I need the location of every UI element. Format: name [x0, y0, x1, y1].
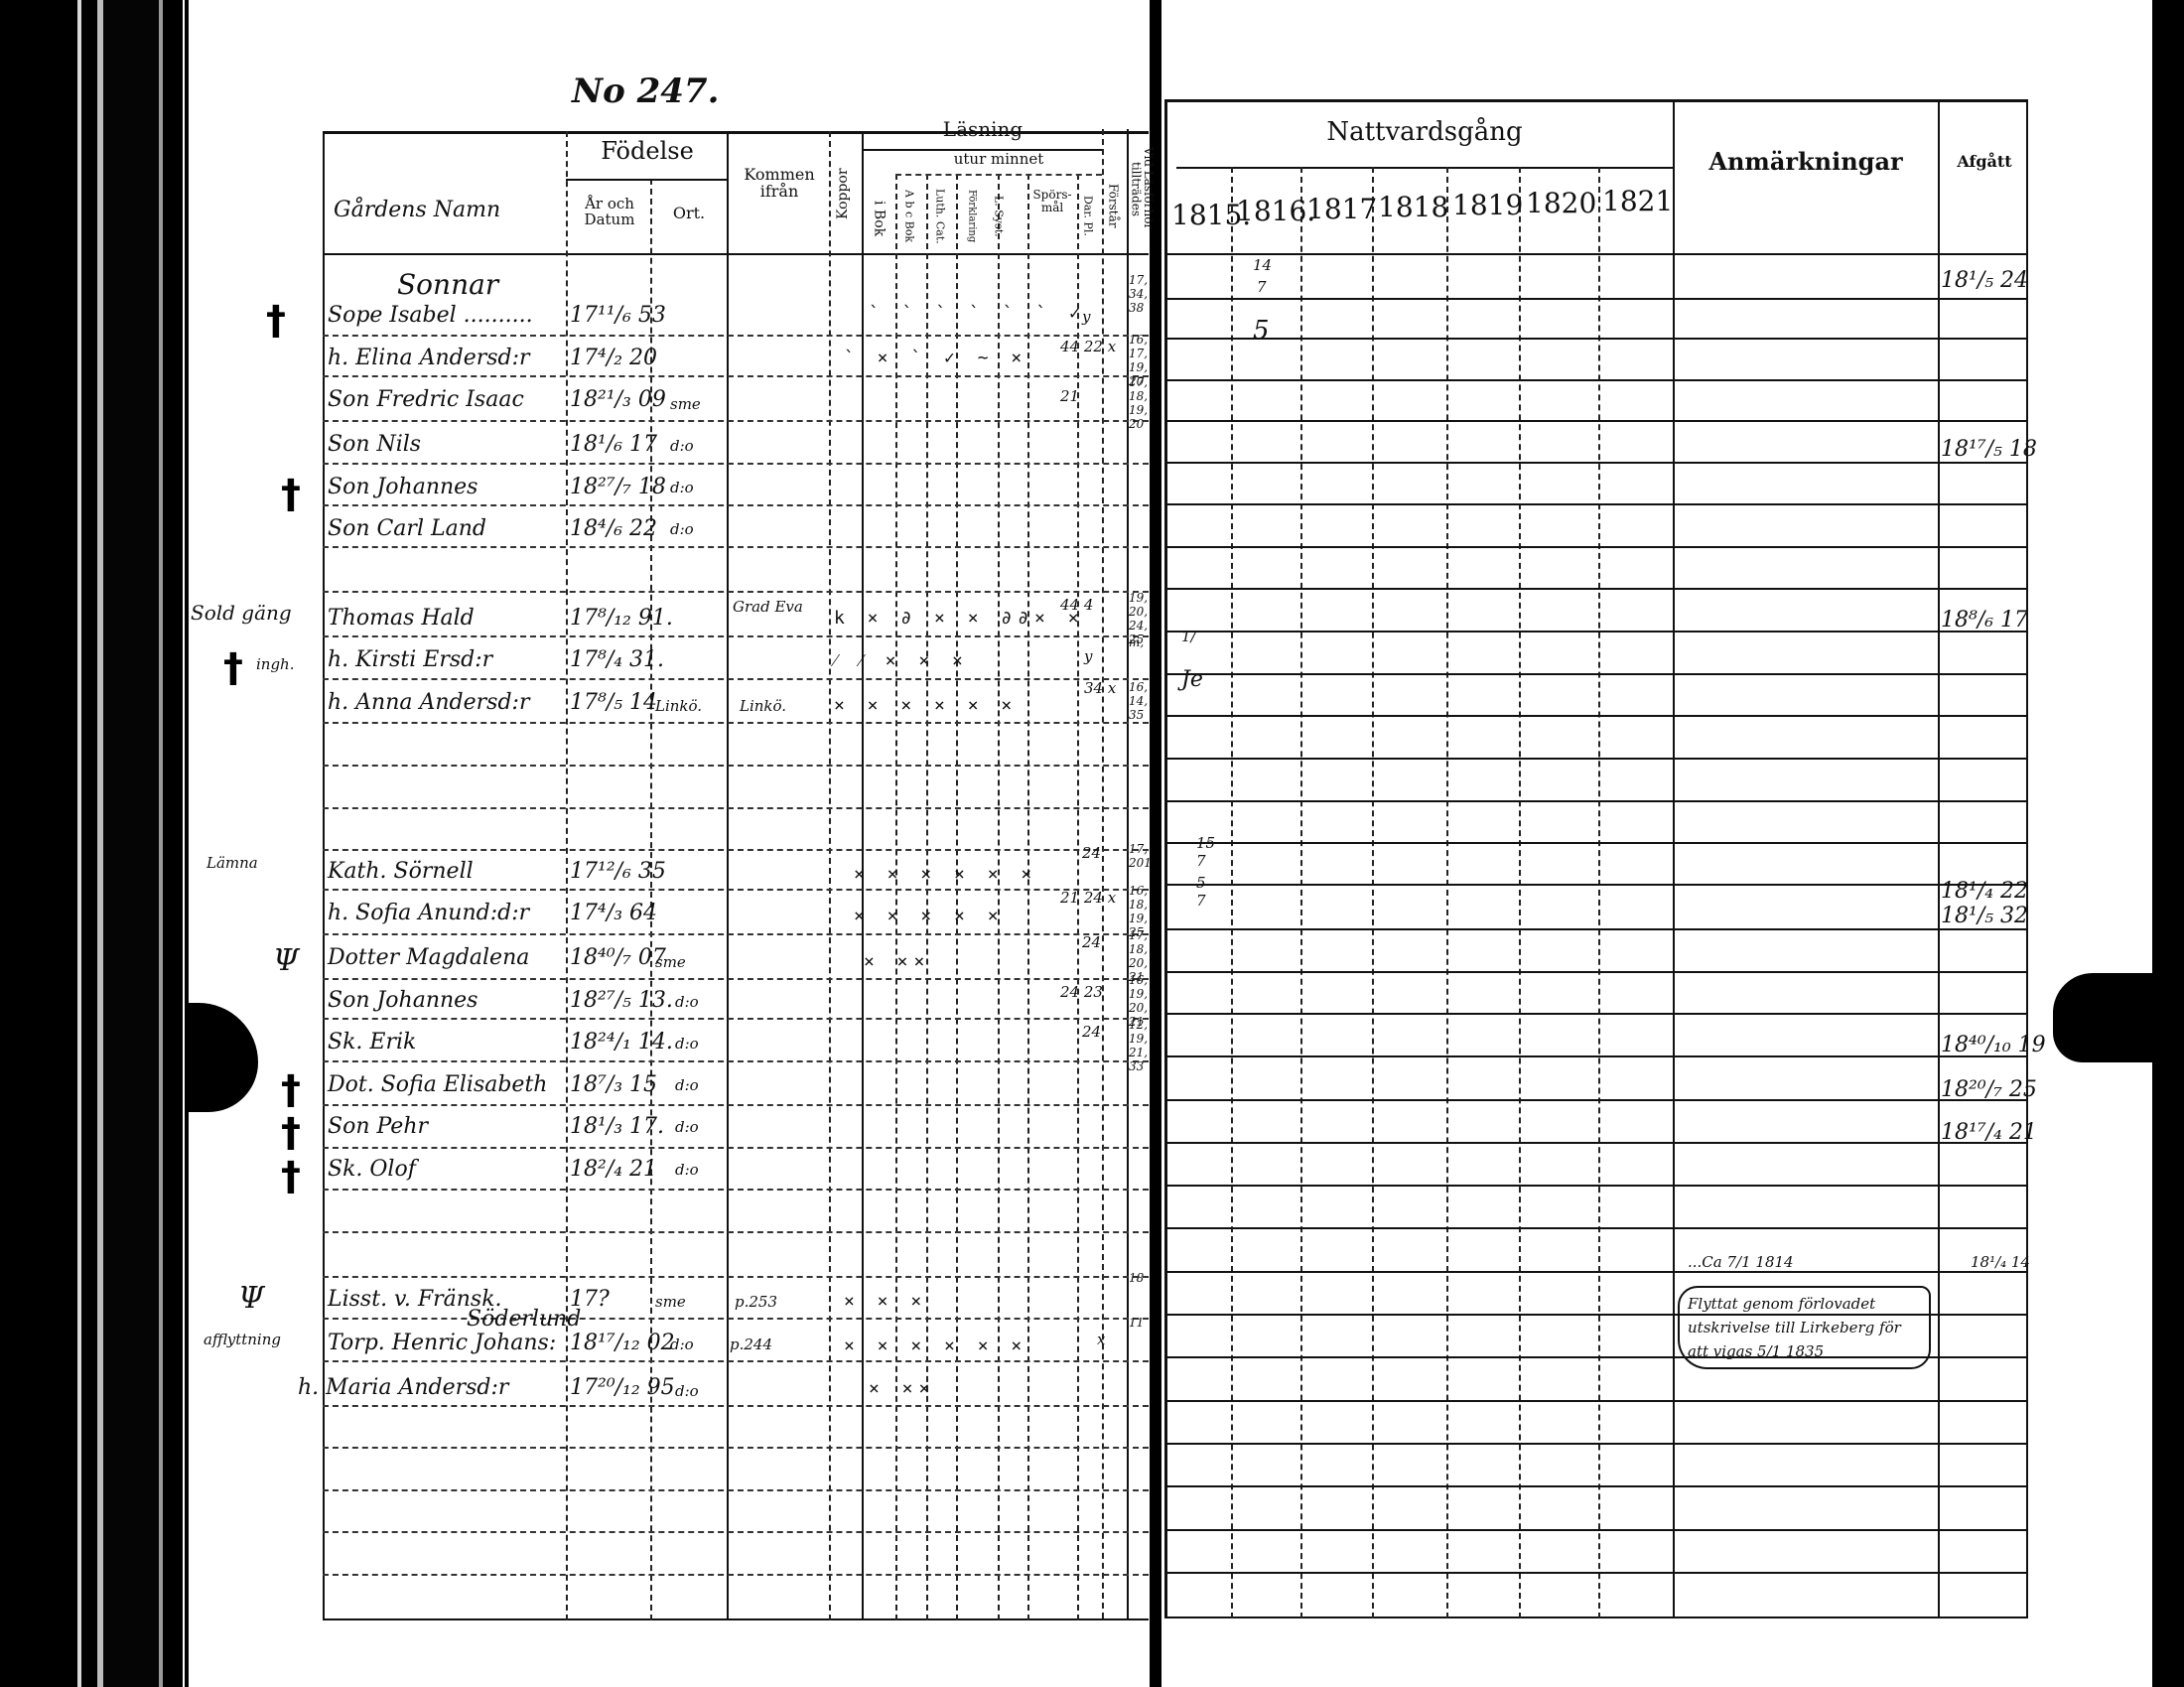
header-divider — [323, 253, 1149, 255]
entry-name: Son Pehr — [328, 1114, 428, 1139]
entry-birth-date: 17⁴/₂ 20 — [570, 346, 657, 370]
row-line — [323, 375, 1149, 377]
row-line — [323, 849, 1149, 851]
entry-notes: y — [1082, 308, 1090, 326]
deceased-cross-icon: † — [281, 1067, 301, 1113]
entry-birth-place: sme — [655, 1293, 686, 1311]
reading-marks: × × × × × × — [844, 1336, 1027, 1356]
row-line — [323, 1189, 1149, 1191]
row-line — [1164, 1572, 2028, 1574]
entry-name: h. Anna Andersd:r — [328, 690, 529, 715]
row-line — [1164, 1185, 2028, 1187]
header-kommen-ifran: Kommen ifrån — [730, 167, 829, 201]
entry-name: Sk. Olof — [328, 1157, 416, 1182]
row-line — [323, 1447, 1149, 1449]
deceased-cross-icon: † — [281, 472, 301, 517]
row-line — [1164, 588, 2028, 590]
forhor-years: 18 — [1129, 1271, 1144, 1285]
row-line — [323, 463, 1149, 465]
afgatt-date: 18¹/₅ 24 — [1941, 268, 2028, 293]
row-line — [323, 335, 1149, 337]
entry-kommen-ifran: Grad Eva — [733, 598, 803, 616]
row-line — [323, 807, 1149, 809]
entry-birth-date: 18²⁷/₇ 18 — [570, 475, 666, 499]
forhor-years: 17, 18, 19, 20 — [1129, 375, 1149, 431]
entry-name: Kath. Sörnell — [328, 859, 474, 884]
header-sporsmal: Spörs- mål — [1028, 189, 1076, 213]
row-line — [1164, 462, 2028, 464]
entry-name: Lisst. v. Fränsk. — [328, 1287, 502, 1312]
entry-birth-date: 17⁸/₅ 14 — [570, 690, 657, 715]
nattvard-entry: 1/ — [1181, 628, 1196, 645]
nattvard-entry: Je — [1181, 667, 1203, 692]
row-line — [323, 1018, 1149, 1020]
row-line — [1164, 1271, 2028, 1273]
deceased-cross-icon: † — [223, 645, 243, 691]
row-line — [323, 1147, 1149, 1149]
reading-marks: × × × × × × — [834, 695, 1018, 716]
utur-minnet-subdivider — [895, 174, 1102, 176]
reading-marks: × × × × × — [854, 906, 1005, 926]
row-line — [323, 765, 1149, 767]
entry-name: Sk. Erik — [328, 1030, 416, 1054]
row-line — [1164, 1099, 2028, 1101]
row-line — [1164, 842, 2028, 844]
row-line — [323, 591, 1149, 593]
entry-birth-date: 17¹¹/₆ 53 — [570, 303, 666, 328]
entry-notes: 44 4 — [1060, 596, 1093, 614]
reading-marks: × × × × × × — [854, 864, 1037, 885]
entry-notes: 24 23 — [1060, 983, 1103, 1001]
row-line — [1164, 1013, 2028, 1015]
row-line — [1164, 1485, 2028, 1487]
entry-name: h. Sofia Anund:d:r — [328, 901, 529, 925]
row-line — [1164, 1055, 2028, 1057]
book-edge-right — [2152, 0, 2184, 1687]
entry-name: Son Johannes — [328, 988, 478, 1013]
header-year-1819: 1819 — [1452, 189, 1523, 221]
entry-birth-date: 17²⁰/₁₂ 95 — [570, 1375, 675, 1400]
entry-notes: 24 — [1082, 1023, 1101, 1041]
deceased-cross-icon: † — [266, 298, 286, 344]
nattvard-entry: 5 7 — [1196, 874, 1216, 910]
entry-name: Thomas Hald — [328, 606, 475, 631]
entry-name: Son Fredric Isaac — [328, 387, 524, 412]
header-nattvardsgang: Nattvardsgång — [1176, 119, 1673, 146]
deceased-cross-icon: † — [281, 1154, 301, 1199]
row-line — [323, 546, 1149, 548]
row-line — [1164, 379, 2028, 381]
entry-birth-place: d:o — [675, 993, 699, 1011]
nattvard-entry: 5 — [1253, 316, 1270, 346]
header-divider — [1164, 253, 2028, 255]
header-abc-bok: A b c Bok — [903, 184, 915, 248]
col-line — [956, 174, 958, 1620]
row-line — [323, 722, 1149, 724]
header-year-1821: 1821 — [1602, 185, 1673, 217]
col-line — [1027, 174, 1029, 1620]
entry-birth-date: 17⁸/₁₂ 91. — [570, 606, 673, 631]
col-line — [566, 131, 568, 1620]
entry-birth-place: d:o — [670, 1336, 694, 1353]
entry-birth-place: d:o — [670, 479, 694, 496]
reading-marks: × × × — [844, 1291, 927, 1312]
row-line — [323, 504, 1149, 506]
binding-clip-left — [189, 1003, 258, 1112]
entry-name: Dot. Sofia Elisabeth — [328, 1072, 547, 1097]
col-line — [895, 174, 897, 1620]
center-gutter — [1150, 0, 1161, 1687]
afgatt-date: 18¹/₄ 22 — [1941, 879, 2028, 904]
afgatt-date: 18¹/₅ 32 — [1941, 904, 2028, 928]
entry-birth-place: sme — [670, 395, 701, 413]
group-heading: Sonnar — [397, 268, 498, 301]
entry-name: Sope Isabel .......... — [328, 303, 533, 328]
entry-birth-place: d:o — [675, 1035, 699, 1053]
fodelse-subdivider — [566, 179, 727, 181]
entry-birth-place: d:o — [675, 1382, 699, 1400]
nattvard-entry: 15 7 — [1196, 834, 1216, 870]
header-lasning: Läsning — [864, 119, 1102, 140]
header-year-1816: 1816. — [1236, 195, 1315, 227]
col-line — [1938, 99, 1940, 1618]
entry-name: h. Elina Andersd:r — [328, 346, 530, 370]
afgatt-date: 18¹/₄ 14 — [1971, 1253, 2030, 1271]
entry-notes: y — [1084, 647, 1092, 665]
header-dar-pl: Dar. Pl. — [1082, 184, 1094, 248]
entry-notes: 24 — [1082, 844, 1101, 862]
entry-birth-place: sme — [655, 953, 686, 971]
entry-birth-date: 18⁴/₆ 22 — [570, 516, 657, 541]
header-forstar: Förstår — [1107, 164, 1120, 248]
header-vid-lasforhor: Vid Läsförhör tillträdes — [1130, 129, 1155, 248]
right-page-table — [1164, 99, 2028, 1618]
header-koppor: Koppor — [836, 149, 851, 238]
row-line — [323, 1531, 1149, 1533]
entry-birth-place: d:o — [675, 1076, 699, 1094]
reading-marks: k × ∂ × × ∂∂× × — [834, 608, 1085, 629]
row-line — [323, 1360, 1149, 1362]
entry-notes: 21 — [1060, 387, 1079, 405]
deceased-cross-icon: † — [281, 1110, 301, 1156]
row-line — [1164, 1443, 2028, 1445]
row-line — [1164, 546, 2028, 548]
entry-birth-date: 17⁸/₄ 31. — [570, 647, 664, 672]
confirmation-mark-icon: Ψ — [238, 1281, 264, 1316]
row-line — [323, 933, 1149, 935]
entry-kommen-ifran: p.253 — [735, 1293, 777, 1311]
binding-clip-right — [2053, 973, 2162, 1062]
forhor-years: 11 — [1129, 1316, 1144, 1330]
entry-birth-place: d:o — [675, 1118, 699, 1136]
entry-birth-date: 18⁴⁰/₇ 07 — [570, 945, 666, 970]
entry-name: h. Maria Andersd:r — [298, 1375, 508, 1400]
header-utur-minnet: utur minnet — [895, 152, 1102, 168]
row-line — [323, 678, 1149, 680]
forhor-years: 12, 19, 21, 33 — [1129, 1018, 1149, 1073]
header-i-bok: i Bok — [872, 189, 887, 248]
row-line — [1164, 758, 2028, 760]
forhor-years: 17, 34, 38 — [1129, 273, 1149, 315]
col-line — [926, 174, 928, 1620]
row-line — [1164, 884, 2028, 886]
reading-marks: ⁄ ⁄ × × × — [834, 650, 969, 671]
row-line — [1164, 1400, 2028, 1402]
row-line — [323, 1231, 1149, 1233]
entry-kommen-ifran: p.244 — [730, 1336, 772, 1353]
row-line — [1164, 800, 2028, 802]
row-line — [1164, 503, 2028, 505]
confirmation-mark-icon: Ψ — [273, 943, 299, 978]
entry-name: Son Nils — [328, 432, 421, 457]
row-line — [1164, 1227, 2028, 1229]
entry-birth-date: 18⁷/₃ 15 — [570, 1072, 657, 1097]
remark-entry-circled: Flyttat genom förlovadet utskrivelse til… — [1678, 1286, 1931, 1369]
row-line — [1164, 928, 2028, 930]
forhor-years: m, — [1129, 635, 1144, 649]
row-line — [323, 420, 1149, 422]
book-binding-left — [0, 0, 189, 1687]
entry-birth-place: d:o — [675, 1161, 699, 1179]
entry-birth-date: 18²/₄ 21 — [570, 1157, 657, 1182]
entry-kommen-ifran: Linkö. — [740, 697, 786, 715]
row-line — [1164, 1529, 2028, 1531]
header-year-1820: 1820 — [1526, 187, 1596, 219]
row-line — [323, 1489, 1149, 1491]
afgatt-date: 18⁴⁰/₁₀ 19 — [1941, 1033, 2046, 1057]
entry-name: Son Carl Land — [328, 516, 486, 541]
reading-marks: × ×× — [864, 951, 930, 972]
header-fodelse: Födelse — [568, 139, 727, 164]
col-line — [727, 131, 729, 1620]
entry-name: Son Johannes — [328, 475, 478, 499]
row-line — [1164, 338, 2028, 340]
side-note: Sold gäng — [191, 601, 292, 625]
row-line — [323, 978, 1149, 980]
entry-birth-date: 18²⁴/₁ 14. — [570, 1030, 673, 1054]
entry-name: Dotter Magdalena — [328, 945, 529, 970]
page-number: No 247. — [572, 71, 719, 111]
col-line — [1673, 99, 1675, 1618]
row-line — [1164, 1142, 2028, 1144]
entry-notes: 21 24 x — [1060, 889, 1116, 907]
forhor-years: 16, 14, 35 — [1129, 680, 1149, 722]
row-line — [323, 1060, 1149, 1062]
header-afgatt: Afgått — [1941, 154, 2028, 171]
entry-notes: 34 x — [1084, 679, 1116, 697]
entry-name: h. Kirsti Ersd:r — [328, 647, 492, 672]
afgatt-date: 18²⁰/₇ 25 — [1941, 1077, 2037, 1102]
forhor-years: 17, 201 — [1129, 842, 1149, 870]
row-line — [323, 1318, 1149, 1320]
entry-birth-date: 17? — [570, 1287, 610, 1312]
entry-birth-place: d:o — [670, 520, 694, 538]
header-year-1818: 1818 — [1378, 191, 1448, 223]
row-line — [323, 1574, 1149, 1576]
header-year-1817: 1817 — [1306, 193, 1377, 225]
header-ort: Ort. — [651, 206, 727, 222]
entry-birth-date: 18²¹/₃ 09 — [570, 387, 666, 412]
side-note: afflyttning — [204, 1331, 281, 1348]
entry-notes: x — [1097, 1331, 1105, 1348]
entry-birth-date: 17¹²/₆ 35 — [570, 859, 666, 884]
remark-entry: ...Ca 7/1 1814 — [1688, 1253, 1794, 1271]
header-ar-och-datum: År och Datum — [570, 197, 649, 228]
row-line — [1164, 298, 2028, 300]
reading-marks: × ×× — [869, 1378, 935, 1399]
row-line — [1164, 420, 2028, 422]
entry-name: Torp. Henric Johans: — [328, 1331, 556, 1355]
nattvard-entry: 7 — [1257, 278, 1267, 296]
row-line — [323, 1405, 1149, 1407]
col-line — [998, 174, 1000, 1620]
entry-birth-date: 18²⁷/₅ 13. — [570, 988, 673, 1013]
header-l-syst: L. Syst. — [993, 184, 1005, 248]
entry-birth-date: 18¹⁷/₁₂ 02 — [570, 1331, 675, 1355]
row-line — [323, 1104, 1149, 1106]
row-line — [323, 1276, 1149, 1278]
afgatt-date: 18⁸/₆ 17 — [1941, 608, 2028, 633]
afgatt-date: 18¹⁷/₄ 21 — [1941, 1120, 2037, 1145]
col-line — [829, 131, 831, 1620]
entry-birth-date: 18¹/₆ 17 — [570, 432, 657, 457]
row-line — [1164, 631, 2028, 633]
side-note: ingh. — [256, 655, 295, 673]
reading-marks: ` ` ` ` ` ` ✓ — [869, 303, 1086, 324]
entry-birth-place: Linkö. — [655, 697, 702, 715]
entry-birth-date: 17⁴/₃ 64 — [570, 901, 657, 925]
entry-notes: 24 — [1082, 933, 1101, 951]
header-luth-cat: Luth. Cat. — [934, 184, 946, 248]
row-line — [1164, 673, 2028, 675]
header-gardens-namn: Gårdens Namn — [334, 199, 500, 221]
entry-notes: 44 22 x — [1060, 338, 1116, 355]
row-line — [1164, 715, 2028, 717]
row-line — [323, 889, 1149, 891]
nattvard-entry: 14 — [1253, 256, 1272, 274]
row-line — [323, 635, 1149, 637]
row-line — [1164, 971, 2028, 973]
reading-marks: ` × ` ✓ ~ × — [844, 348, 1027, 368]
side-note: Lämna — [206, 854, 258, 872]
entry-birth-date: 18¹/₃ 17. — [570, 1114, 664, 1139]
afgatt-date: 18¹⁷/₅ 18 — [1941, 437, 2037, 462]
header-forklaring: Förklaring — [966, 184, 977, 248]
header-anmarkningar: Anmärkningar — [1676, 149, 1936, 174]
entry-birth-place: d:o — [670, 437, 694, 455]
